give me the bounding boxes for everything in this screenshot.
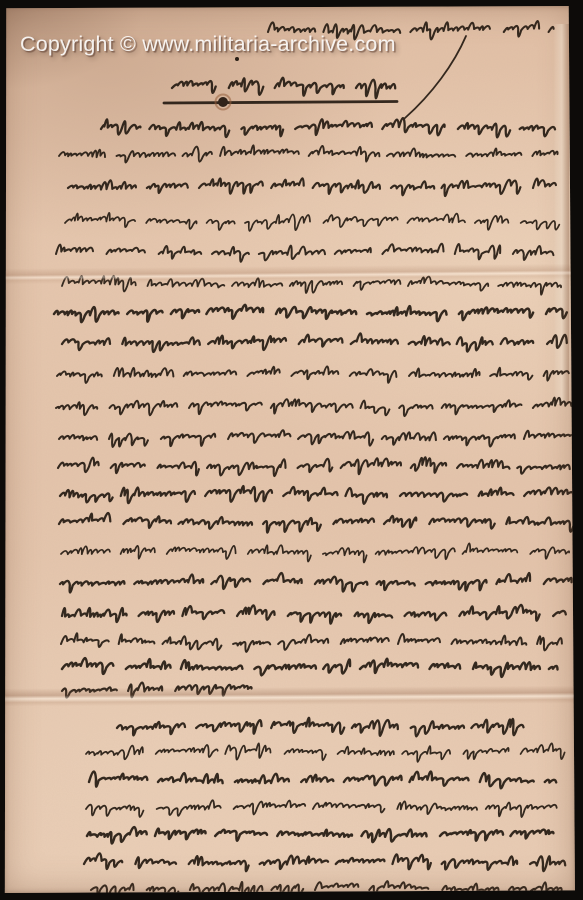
handwriting-line-p1: [61, 543, 575, 562]
handwriting-line-p1: [65, 213, 570, 231]
salutation-underline: [164, 102, 397, 104]
handwriting-line-p1: [62, 658, 567, 677]
handwriting-line-p1: [59, 513, 575, 532]
handwriting-line-p1: [54, 305, 575, 322]
handwriting-line-p1: [56, 244, 562, 262]
handwriting-salutation: [172, 78, 408, 98]
handwriting-line-p1: [59, 430, 575, 447]
handwriting-line-p2: [86, 743, 575, 762]
punch-dot: [218, 97, 228, 107]
scanned-letter: Copyright © www.militaria-archive.com: [0, 0, 583, 900]
handwriting-line-p2: [91, 881, 571, 893]
pen-flourish: [405, 36, 466, 118]
ink-speck: [235, 57, 239, 61]
handwriting-line-p2: [84, 853, 573, 871]
handwriting-line-p1: [68, 178, 568, 196]
handwriting-line-p1: [61, 633, 574, 652]
handwriting-line-p1: [101, 118, 566, 137]
handwriting-line-p1: [60, 573, 575, 592]
handwriting-line-p1: [62, 683, 265, 698]
letter-paper: Copyright © www.militaria-archive.com: [4, 6, 575, 893]
handwriting-line-p2: [87, 827, 565, 843]
handwriting-line-p1: [62, 276, 574, 295]
handwriting-line-p1: [58, 457, 575, 476]
handwriting-line-p2: [86, 800, 565, 817]
handwriting-line-p1: [60, 486, 575, 504]
handwriting-line-p1: [62, 605, 573, 624]
handwriting-line-p2: [89, 772, 568, 789]
handwriting-line-p1: [62, 333, 575, 352]
handwriting-ink-svg: [4, 6, 575, 893]
copyright-watermark: Copyright © www.militaria-archive.com: [20, 32, 396, 57]
handwriting-line-p2: [117, 718, 535, 737]
handwriting-line-p1: [57, 366, 575, 382]
handwriting-line-p1: [56, 398, 575, 416]
handwriting-line-p1: [59, 145, 571, 162]
